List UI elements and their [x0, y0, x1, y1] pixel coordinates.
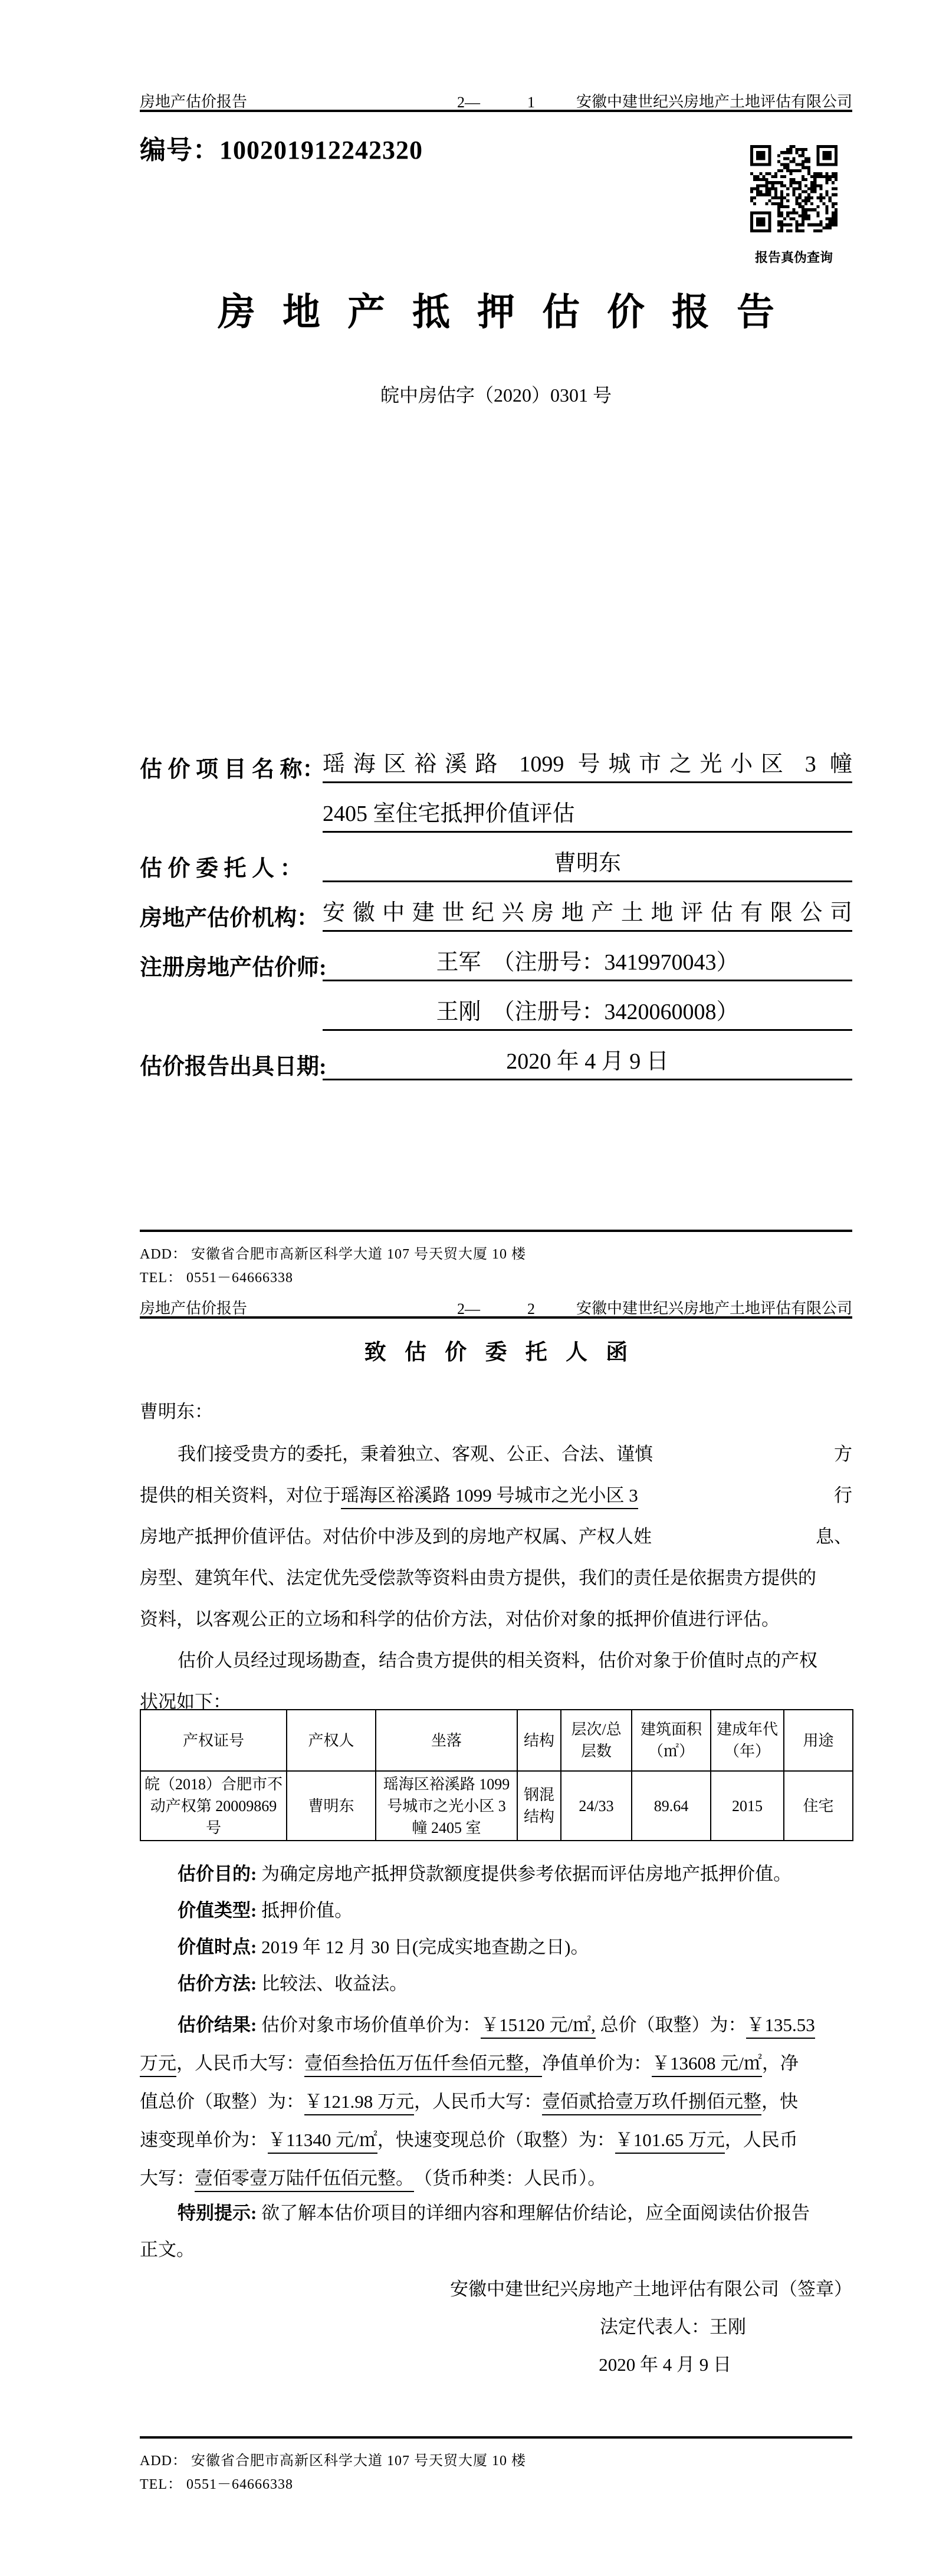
table-header-floor: 层次/总层数 [561, 1710, 632, 1771]
field-project-name: 估 价 项 目 名 称： 瑶海区裕溪路 1099 号城市之光小区 3 幢 [140, 749, 852, 783]
text-segment: 估价目的: [178, 1859, 257, 1885]
underlined-text: 壹佰贰拾壹万玖仟捌佰元整 [542, 2087, 761, 2115]
field-label: 房地产估价机构： [140, 899, 323, 932]
text-line: 速变现单价为：￥11340 元/㎡，快速变现总价（取整）为：￥101.65 万元… [140, 2125, 852, 2163]
text-segment: ，人民币大写： [414, 2087, 542, 2113]
table-cell-floor: 24/33 [561, 1771, 632, 1841]
table-header-owner: 产权人 [287, 1710, 376, 1771]
table-header-cert-no: 产权证号 [140, 1710, 287, 1771]
table-header-row: 产权证号 产权人 坐落 结构 层次/总层数 建筑面积（㎡） 建成年代（年） 用途 [140, 1710, 853, 1771]
property-table: 产权证号 产权人 坐落 结构 层次/总层数 建筑面积（㎡） 建成年代（年） 用途… [140, 1709, 853, 1841]
text-line: 估价方法: 比较法、收益法。 [140, 1969, 852, 2005]
text-segment: 我们接受贵方的委托，秉着独立、客观、公正、合法、谨慎 [178, 1439, 653, 1466]
text-line: 特别提示: 欲了解本估价项目的详细内容和理解估价结论，应全面阅读估价报告 [140, 2198, 852, 2235]
report-main-title: 房 地 产 抵 押 估 价 报 告 [140, 282, 852, 336]
text-line: 值总价（取整）为：￥121.98 万元，人民币大写：壹佰贰拾壹万玖仟捌佰元整，快 [140, 2087, 852, 2125]
header-doc-title: 房地产估价报告 [140, 90, 419, 111]
field-value: 曹明东 [323, 845, 852, 882]
text-segment: 比较法、收益法。 [257, 1969, 408, 1995]
text-line: 提供的相关资料，对位于瑶海区裕溪路 1099 号城市之光小区 3行 [140, 1480, 852, 1522]
text-segment: 提供的相关资料，对位于 [140, 1480, 341, 1507]
text-segment: 资料，以客观公正的立场和科学的估价方法，对估价对象的抵押价值进行评估。 [140, 1604, 780, 1631]
text-segment: ，人民币 [725, 2125, 798, 2151]
underlined-text: ￥121.98 万元 [304, 2087, 414, 2115]
table-header-structure: 结构 [517, 1710, 561, 1771]
field-value: 王军 （注册号：3419970043） [323, 944, 852, 981]
report-doc-number: 皖中房估字（2020）0301 号 [140, 380, 852, 408]
table-header-area: 建筑面积（㎡） [632, 1710, 711, 1771]
text-line: 资料，以客观公正的立场和科学的估价方法，对估价对象的抵押价值进行评估。 [140, 1604, 852, 1645]
special-note: 特别提示: 欲了解本估价项目的详细内容和理解估价结论，应全面阅读估价报告正文。 [140, 2198, 852, 2271]
underlined-text: 万元 [140, 2048, 176, 2077]
table-header-location: 坐落 [376, 1710, 517, 1771]
cover-fields: 估 价 项 目 名 称： 瑶海区裕溪路 1099 号城市之光小区 3 幢 240… [140, 749, 852, 1080]
table-cell-structure: 钢混结构 [517, 1771, 561, 1841]
header-page-indicator: 2— 1 [419, 94, 573, 111]
field-appraiser-1: 注册房地产估价师: 王军 （注册号：3419970043） [140, 947, 852, 981]
table-cell-location: 瑶海区裕溪路 1099 号城市之光小区 3 幢 2405 室 [376, 1771, 517, 1841]
table-header-use: 用途 [784, 1710, 853, 1771]
page2-footer-address: ADD： 安徽省合肥市高新区科学大道 107 号天贸大厦 10 楼 [140, 2449, 852, 2469]
text-segment: 房地产抵押价值评估。对估价中涉及到的房地产权属、产权人姓 [140, 1522, 652, 1548]
text-segment: 估价人员经过现场勘查，结合贵方提供的相关资料，估价对象于价值时点的产权 [178, 1645, 817, 1672]
text-segment: 价值时点: [178, 1932, 257, 1959]
qr-block: 报告真伪查询 [750, 145, 838, 266]
text-segment: 房型、建筑年代、法定优先受偿款等资料由贵方提供，我们的责任是依据贵方提供的 [140, 1563, 816, 1589]
header-company: 安徽中建世纪兴房地产土地评估有限公司 [573, 1296, 852, 1318]
text-segment: 净值单价为： [542, 2048, 652, 2075]
text-line: 大写：壹佰零壹万陆仟伍佰元整。（货币种类：人民币）。 [140, 2163, 852, 2202]
letter-salutation: 曹明东： [140, 1397, 852, 1423]
field-value: 瑶海区裕溪路 1099 号城市之光小区 3 幢 [323, 745, 852, 783]
valuation-items: 估价目的: 为确定房地产抵押贷款额度提供参考依据而评估房地产抵押价值。价值类型:… [140, 1859, 852, 2005]
text-segment: ，快 [761, 2087, 798, 2113]
underlined-text: 壹佰零壹万陆仟伍佰元整。 [195, 2163, 414, 2192]
page1-header: 房地产估价报告 2— 1 安徽中建世纪兴房地产土地评估有限公司 [140, 90, 852, 111]
text-segment: 正文。 [140, 2235, 195, 2261]
field-label: 估 价 委 托 人 ： [140, 850, 323, 882]
report-number-value: 100201912242320 [219, 136, 423, 165]
table-cell-area: 89.64 [632, 1771, 711, 1841]
field-label: 注册房地产估价师: [140, 949, 323, 981]
text-segment: 估价方法: [178, 1969, 257, 1995]
signature-block: 安徽中建世纪兴房地产土地评估有限公司（签章） 法定代表人：王刚 2020 年 4… [140, 2274, 852, 2387]
text-segment: 行 [834, 1480, 852, 1507]
header-company: 安徽中建世纪兴房地产土地评估有限公司 [573, 90, 852, 111]
text-line: 价值时点: 2019 年 12 月 30 日(完成实地查勘之日)。 [140, 1932, 852, 1969]
text-line: 价值类型: 抵押价值。 [140, 1895, 852, 1932]
qr-caption: 报告真伪查询 [750, 248, 838, 266]
text-segment: 2019 年 12 月 30 日(完成实地查勘之日)。 [257, 1932, 589, 1959]
field-report-date: 估价报告出具日期: 2020 年 4 月 9 日 [140, 1046, 852, 1080]
text-segment: 总价（取整）为： [596, 2010, 747, 2036]
underlined-text: ￥11340 元/㎡ [268, 2125, 377, 2154]
field-value: 2405 室住宅抵押价值评估 [323, 795, 852, 833]
signature-legal-representative: 法定代表人：王刚 [140, 2312, 852, 2350]
field-agency: 房地产估价机构： 安徽中建世纪兴房地产土地评估有限公司 [140, 898, 852, 932]
text-segment: 抵押价值。 [257, 1895, 353, 1922]
table-cell-owner: 曹明东 [287, 1771, 376, 1841]
text-line: 估价人员经过现场勘查，结合贵方提供的相关资料，估价对象于价值时点的产权 [140, 1645, 852, 1687]
table-data-row: 皖（2018）合肥市不动产权第 20009869 号 曹明东 瑶海区裕溪路 10… [140, 1771, 853, 1841]
text-segment: （货币种类：人民币）。 [414, 2163, 606, 2190]
table-cell-year: 2015 [711, 1771, 784, 1841]
qr-code [750, 145, 838, 232]
page2-footer-telephone: TEL： 0551－64666338 [140, 2472, 852, 2493]
report-number-line: 编号：100201912242320 [140, 129, 852, 166]
underlined-text: 壹佰叁拾伍万伍仟叁佰元整， [304, 2048, 542, 2077]
page2-header: 房地产估价报告 2— 2 安徽中建世纪兴房地产土地评估有限公司 [140, 1296, 852, 1318]
text-segment: 值总价（取整）为： [140, 2087, 304, 2113]
header-page-prefix: 2— [457, 94, 480, 111]
underlined-text: 瑶海区裕溪路 1099 号城市之光小区 3 [341, 1480, 638, 1509]
header-page-number: 1 [527, 94, 535, 111]
text-segment: 估价对象市场价值单价为： [257, 2010, 481, 2036]
text-segment: 为确定房地产抵押贷款额度提供参考依据而评估房地产抵押价值。 [257, 1859, 792, 1885]
header-page-number: 2 [527, 1300, 535, 1318]
field-value: 安徽中建世纪兴房地产土地评估有限公司 [323, 894, 852, 932]
page1-footer-rule [140, 1230, 852, 1232]
field-value: 2020 年 4 月 9 日 [323, 1043, 852, 1080]
text-segment: 方 [834, 1439, 852, 1466]
text-segment: 特别提示: [178, 2198, 257, 2225]
underlined-text: ￥135.53 [746, 2010, 815, 2039]
text-segment: 估价结果: [178, 2010, 257, 2036]
page2-footer-rule [140, 2436, 852, 2439]
text-line: 正文。 [140, 2235, 852, 2271]
signature-company: 安徽中建世纪兴房地产土地评估有限公司（签章） [140, 2274, 852, 2312]
text-segment: ，人民币大写： [176, 2048, 304, 2075]
field-value: 王刚 （注册号：3420060008） [323, 993, 852, 1031]
signature-date: 2020 年 4 月 9 日 [140, 2350, 852, 2387]
page1-footer-address: ADD： 安徽省合肥市高新区科学大道 107 号天贸大厦 10 楼 [140, 1242, 852, 1263]
field-appraiser-2: 王刚 （注册号：3420060008） [140, 997, 852, 1031]
page2-header-rule [140, 1316, 852, 1319]
report-number-label: 编号： [140, 136, 219, 165]
header-doc-title: 房地产估价报告 [140, 1296, 419, 1318]
text-line: 估价目的: 为确定房地产抵押贷款额度提供参考依据而评估房地产抵押价值。 [140, 1859, 852, 1895]
field-project-name-cont: 2405 室住宅抵押价值评估 [140, 799, 852, 833]
underlined-text: ￥15120 元/㎡, [481, 2010, 596, 2039]
text-line: 万元，人民币大写：壹佰叁拾伍万伍仟叁佰元整，净值单价为：￥13608 元/㎡，净 [140, 2048, 852, 2087]
text-segment: 价值类型: [178, 1895, 257, 1922]
text-line: 估价结果: 估价对象市场价值单价为：￥15120 元/㎡, 总价（取整）为：￥1… [140, 2010, 852, 2048]
text-segment: 速变现单价为： [140, 2125, 268, 2151]
table-cell-cert-no: 皖（2018）合肥市不动产权第 20009869 号 [140, 1771, 287, 1841]
valuation-result: 估价结果: 估价对象市场价值单价为：￥15120 元/㎡, 总价（取整）为：￥1… [140, 2010, 852, 2202]
letter-body: 我们接受贵方的委托，秉着独立、客观、公正、合法、谨慎方提供的相关资料，对位于瑶海… [140, 1439, 852, 1728]
text-line: 我们接受贵方的委托，秉着独立、客观、公正、合法、谨慎方 [140, 1439, 852, 1480]
text-line: 房地产抵押价值评估。对估价中涉及到的房地产权属、产权人姓息、 [140, 1522, 852, 1563]
text-segment: 息、 [816, 1522, 852, 1548]
table-cell-use: 住宅 [784, 1771, 853, 1841]
header-page-prefix: 2— [457, 1300, 480, 1318]
header-page-indicator: 2— 2 [419, 1300, 573, 1318]
table-header-year: 建成年代（年） [711, 1710, 784, 1771]
underlined-text: ￥101.65 万元 [615, 2125, 725, 2154]
underlined-text: ￥13608 元/㎡ [652, 2048, 762, 2077]
text-segment: 欲了解本估价项目的详细内容和理解估价结论，应全面阅读估价报告 [257, 2198, 810, 2225]
field-client: 估 价 委 托 人 ： 曹明东 [140, 848, 852, 882]
letter-title: 致 估 价 委 托 人 函 [140, 1334, 852, 1366]
text-segment: 大写： [140, 2163, 195, 2190]
field-label: 估 价 项 目 名 称： [140, 751, 323, 783]
text-line: 房型、建筑年代、法定优先受偿款等资料由贵方提供，我们的责任是依据贵方提供的 [140, 1563, 852, 1604]
field-label: 估价报告出具日期: [140, 1048, 323, 1080]
text-segment: ，快速变现总价（取整）为： [377, 2125, 615, 2151]
page1-header-rule [140, 110, 852, 112]
page1-footer-telephone: TEL： 0551－64666338 [140, 1266, 852, 1286]
text-segment: ，净 [762, 2048, 799, 2075]
